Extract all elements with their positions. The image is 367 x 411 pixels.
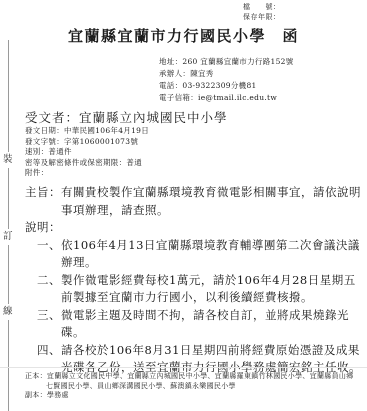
binding-mark-ding: 訂 — [3, 229, 13, 245]
copy-recipients: 學務處 — [47, 391, 69, 399]
sender-info-block: 地址：260 宜蘭縣宜蘭市力行路152號 承辦人：陳宜秀 電話：03-93223… — [159, 56, 294, 104]
original-recipients-line: 正本：宜蘭縣立文化國民中學、宜蘭縣立內城國民中小學、宜蘭縣羅東鎮竹林國民小學、宜… — [25, 372, 357, 391]
binding-mark-xian: 線 — [3, 304, 13, 320]
item-text: 微電影主題及時間不拘，請各校自訂，並將成果燒錄光碟。 — [61, 308, 349, 340]
retention-period-label: 保存年限： — [243, 13, 281, 23]
document-title: 宜蘭縣宜蘭市力行國民小學 函 — [0, 25, 367, 46]
security-line: 密等及解密條件或保密期限：普通 — [25, 158, 149, 169]
doc-number-line: 發文字號：字第1060001073號 — [25, 137, 149, 148]
description-label: 說明： — [25, 219, 361, 237]
description-item-2: 二、製作微電影經費每校1萬元，請於106年4月28日星期五前製據至宜蘭市力行國小… — [37, 272, 361, 307]
subject-line: 主旨：有關貴校製作宜蘭縣環境教育微電影相關事宜，請依說明事項辦理，請查照。 — [25, 184, 361, 219]
binding-mark-zhuang: 裝 — [3, 152, 13, 168]
issue-date-line: 發文日期：中華民國106年4月19日 — [25, 126, 149, 137]
sender-email: 電子信箱：ie@tmail.ilc.edu.tw — [159, 92, 294, 104]
file-number-block: 檔 號： 保存年限： — [243, 3, 281, 22]
item-text: 請各校於106年8月31日星期四前將經費原始憑證及成果光碟各乙份，送至宜蘭市力行… — [61, 343, 361, 375]
official-document-page: 裝 訂 線 檔 號： 保存年限： 宜蘭縣宜蘭市力行國民小學 函 地址：260 宜… — [0, 0, 367, 411]
binding-line — [8, 40, 9, 411]
original-label: 正本： — [25, 372, 47, 380]
footer-divider — [0, 367, 367, 368]
sender-address: 地址：260 宜蘭縣宜蘭市力行路152號 — [159, 56, 294, 68]
item-number: 一、 — [37, 238, 61, 252]
meta-block: 發文日期：中華民國106年4月19日 發文字號：字第1060001073號 速別… — [25, 126, 149, 179]
item-number: 四、 — [37, 343, 61, 357]
item-text: 製作微電影經費每校1萬元，請於106年4月28日星期五前製據至宜蘭市力行國小，以… — [61, 273, 356, 305]
item-number: 二、 — [37, 273, 61, 287]
speed-line: 速別：普通件 — [25, 147, 149, 158]
document-body: 主旨：有關貴校製作宜蘭縣環境教育微電影相關事宜，請依說明事項辦理，請查照。 說明… — [25, 184, 361, 377]
item-text: 依106年4月13日宜蘭縣環境教育輔導團第二次會議決議辦理。 — [61, 238, 360, 270]
recipient-line: 受文者：宜蘭縣立內城國民中小學 — [25, 108, 228, 126]
item-number: 三、 — [37, 308, 61, 322]
description-item-1: 一、依106年4月13日宜蘭縣環境教育輔導團第二次會議決議辦理。 — [37, 237, 361, 272]
subject-text: 有關貴校製作宜蘭縣環境教育微電影相關事宜，請依說明事項辦理，請查照。 — [61, 185, 361, 217]
description-item-3: 三、微電影主題及時間不拘，請各校自訂，並將成果燒錄光碟。 — [37, 307, 361, 342]
original-recipients: 宜蘭縣立文化國民中學、宜蘭縣立內城國民中小學、宜蘭縣羅東鎮竹林國民小學、宜蘭縣員… — [46, 372, 354, 390]
sender-contact-person: 承辦人：陳宜秀 — [159, 68, 294, 80]
subject-label: 主旨： — [25, 185, 61, 199]
attachment-line: 附件： — [25, 168, 149, 179]
distribution-block: 正本：宜蘭縣立文化國民中學、宜蘭縣立內城國民中小學、宜蘭縣羅東鎮竹林國民小學、宜… — [25, 372, 357, 401]
copy-recipients-line: 副本：學務處 — [25, 391, 357, 401]
file-number-label: 檔 號： — [243, 3, 281, 13]
sender-phone: 電話：03-9322309分機81 — [159, 80, 294, 92]
copy-label: 副本： — [25, 391, 47, 399]
